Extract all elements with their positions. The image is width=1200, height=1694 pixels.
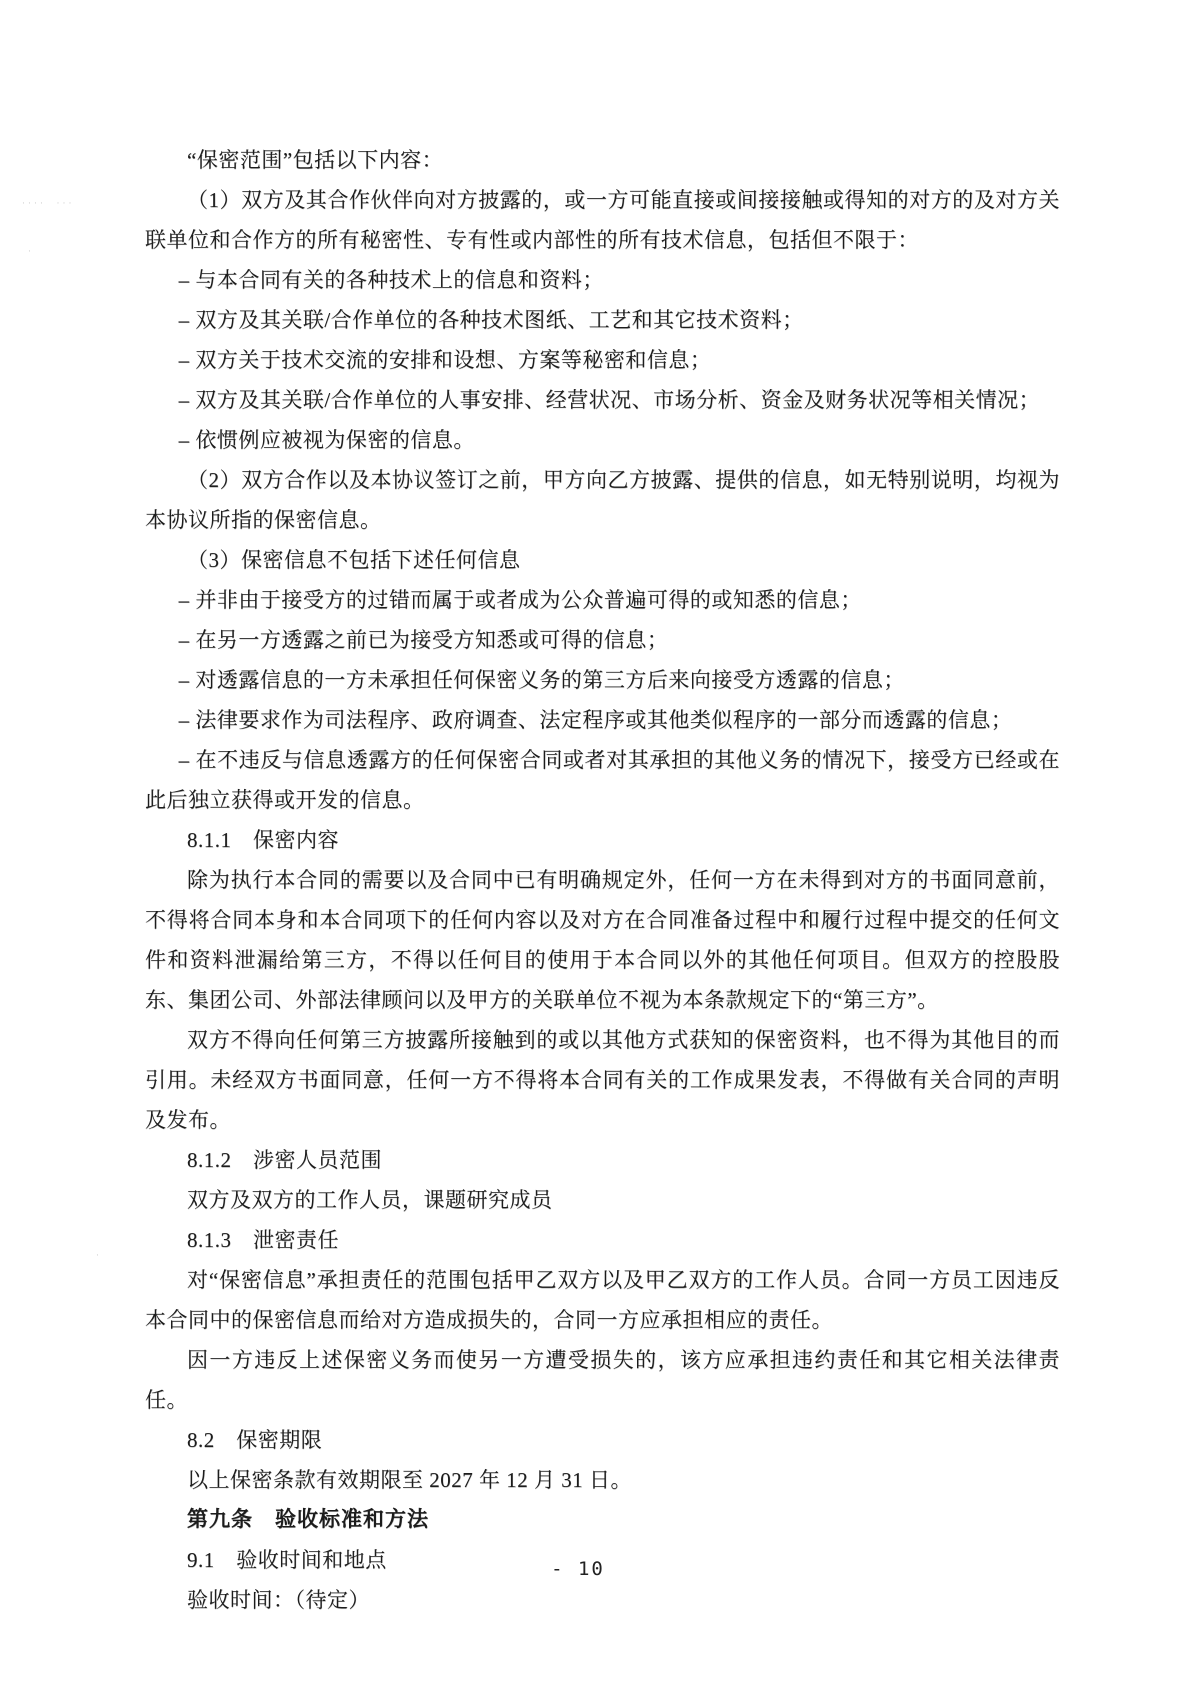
paragraph: （2）双方合作以及本协议签订之前，甲方向乙方披露、提供的信息，如无特别说明，均视…: [145, 460, 1060, 540]
paragraph: 验收时间：（待定）: [145, 1580, 1060, 1620]
paragraph: （1）双方及其合作伙伴向对方披露的，或一方可能直接或间接接触或得知的对方的及对方…: [145, 180, 1060, 260]
scanned-contract-page: ···· ··· · · “保密范围”包括以下内容： （1）双方及其合作伙伴向对…: [0, 0, 1200, 1694]
paragraph: 除为执行本合同的需要以及合同中已有明确规定外，任何一方在未得到对方的书面同意前，…: [145, 860, 1060, 1020]
paragraph: 因一方违反上述保密义务而使另一方遭受损失的，该方应承担违约责任和其它相关法律责任…: [145, 1340, 1060, 1420]
section-heading: 8.1.3 泄密责任: [145, 1220, 1060, 1260]
list-item: – 在不违反与信息透露方的任何保密合同或者对其承担的其他义务的情况下，接受方已经…: [145, 740, 1060, 820]
list-item: – 法律要求作为司法程序、政府调查、法定程序或其他类似程序的一部分而透露的信息；: [145, 700, 1060, 740]
paragraph: 双方不得向任何第三方披露所接触到的或以其他方式获知的保密资料，也不得为其他目的而…: [145, 1020, 1060, 1140]
paragraph: 双方及双方的工作人员，课题研究成员: [145, 1180, 1060, 1220]
paragraph: 以上保密条款有效期限至 2027 年 12 月 31 日。: [145, 1460, 1060, 1500]
list-item: – 双方关于技术交流的安排和设想、方案等秘密和信息；: [145, 340, 1060, 380]
document-body: “保密范围”包括以下内容： （1）双方及其合作伙伴向对方披露的，或一方可能直接或…: [145, 140, 1060, 1620]
intro-line: “保密范围”包括以下内容：: [145, 140, 1060, 180]
scan-artifact: ···· ···: [22, 198, 74, 208]
list-item: – 对透露信息的一方未承担任何保密义务的第三方后来向接受方透露的信息；: [145, 660, 1060, 700]
list-item: – 双方及其关联/合作单位的人事安排、经营状况、市场分析、资金及财务状况等相关情…: [145, 380, 1060, 420]
list-item: – 在另一方透露之前已为接受方知悉或可得的信息；: [145, 620, 1060, 660]
list-item: – 与本合同有关的各种技术上的信息和资料；: [145, 260, 1060, 300]
section-heading: 8.1.1 保密内容: [145, 820, 1060, 860]
page-number: - 10: [98, 1558, 1058, 1580]
list-item: – 双方及其关联/合作单位的各种技术图纸、工艺和其它技术资料；: [145, 300, 1060, 340]
paragraph: （3）保密信息不包括下述任何信息: [145, 540, 1060, 580]
list-item: – 依惯例应被视为保密的信息。: [145, 420, 1060, 460]
list-item: – 并非由于接受方的过错而属于或者成为公众普遍可得的或知悉的信息；: [145, 580, 1060, 620]
section-heading: 8.2 保密期限: [145, 1420, 1060, 1460]
section-heading: 8.1.2 涉密人员范围: [145, 1140, 1060, 1180]
paragraph: 对“保密信息”承担责任的范围包括甲乙双方以及甲乙双方的工作人员。合同一方员工因违…: [145, 1260, 1060, 1340]
scan-artifact: ·: [96, 1250, 102, 1260]
article-heading: 第九条 验收标准和方法: [145, 1500, 1060, 1540]
scan-artifact: ·: [28, 246, 34, 256]
